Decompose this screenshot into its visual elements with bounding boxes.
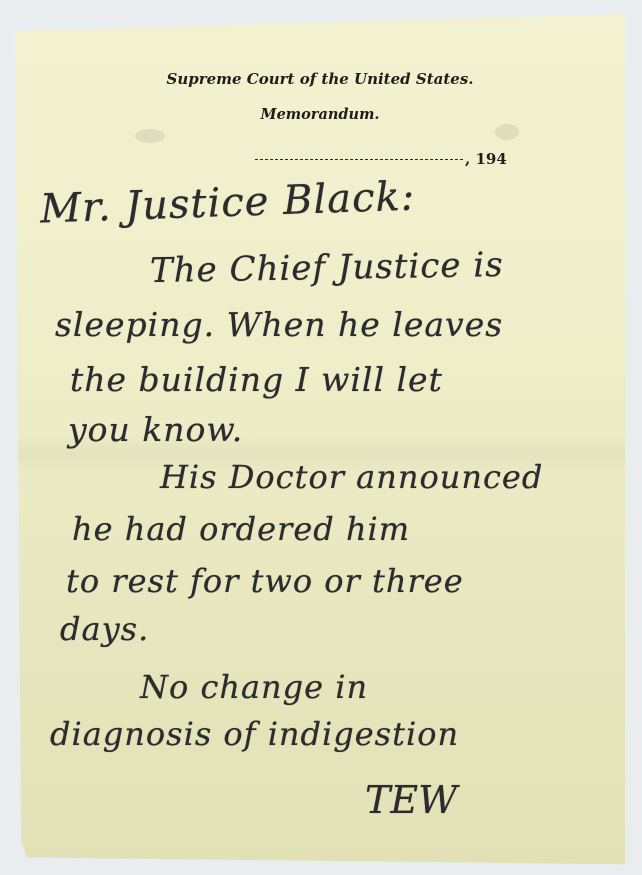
handwritten-line: days. <box>60 610 149 648</box>
handwritten-line: sleeping. When he leaves <box>55 305 503 344</box>
handwritten-line: to rest for two or three <box>66 562 464 600</box>
handwritten-line: he had ordered him <box>72 510 410 548</box>
signature-initials: TEW <box>365 778 457 822</box>
handwritten-line: The Chief Justice is <box>150 245 504 291</box>
letterhead-institution: Supreme Court of the United States. <box>15 70 625 88</box>
handwritten-line: you know. <box>68 410 243 449</box>
handwritten-line: diagnosis of indigestion <box>50 715 459 753</box>
dateline: , 194 <box>255 150 507 168</box>
letterhead-memorandum: Memorandum. <box>15 106 625 123</box>
ink-smudge <box>495 124 519 140</box>
date-blank-line <box>255 159 463 160</box>
handwritten-line: No change in <box>140 668 368 706</box>
handwritten-line: His Doctor announced <box>160 458 543 496</box>
dateline-year: , 194 <box>465 150 507 168</box>
ink-smudge <box>135 129 165 143</box>
handwritten-line: the building I will let <box>70 360 443 399</box>
